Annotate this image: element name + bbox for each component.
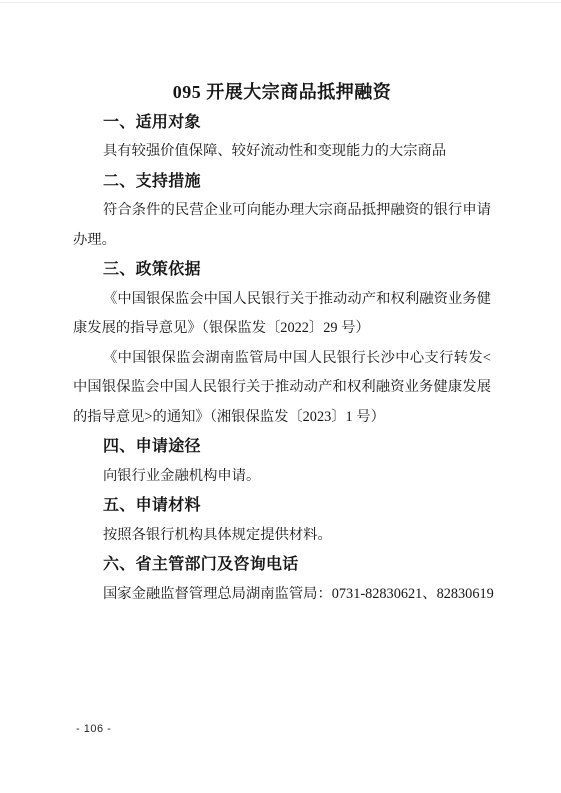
paragraph-line: 康发展的指导意见》（银保监发〔2022〕29 号） xyxy=(73,314,491,344)
section-heading-1: 一、适用对象 xyxy=(73,108,491,138)
paragraph-line: 向银行业金融机构申请。 xyxy=(73,462,491,492)
paragraph-line: 中国银保监会中国人民银行关于推动动产和权利融资业务健康发展 xyxy=(73,373,491,403)
paragraph-line: 的指导意见>的通知》（湘银保监发〔2023〕1 号） xyxy=(73,403,491,433)
paragraph-line: 按照各银行机构具体规定提供材料。 xyxy=(73,521,491,551)
page-top-edge xyxy=(0,2,561,3)
page-number: - 106 - xyxy=(76,722,111,736)
paragraph-line: 国家金融监督管理总局湖南监管局：0731-82830621、82830619 xyxy=(73,580,491,610)
paragraph-line: 具有较强价值保障、较好流动性和变现能力的大宗商品 xyxy=(73,137,491,167)
doc-title: 095 开展大宗商品抵押融资 xyxy=(73,78,491,108)
paragraph-line: 办理。 xyxy=(73,226,491,256)
document-page: 095 开展大宗商品抵押融资 一、适用对象 具有较强价值保障、较好流动性和变现能… xyxy=(0,0,561,793)
section-heading-3: 三、政策依据 xyxy=(73,255,491,285)
section-heading-6: 六、省主管部门及咨询电话 xyxy=(73,550,491,580)
section-heading-2: 二、支持措施 xyxy=(73,167,491,197)
page-content: 095 开展大宗商品抵押融资 一、适用对象 具有较强价值保障、较好流动性和变现能… xyxy=(73,78,491,609)
section-heading-4: 四、申请途径 xyxy=(73,432,491,462)
section-heading-5: 五、申请材料 xyxy=(73,491,491,521)
paragraph-line: 《中国银保监会中国人民银行关于推动动产和权利融资业务健 xyxy=(73,285,491,315)
paragraph-line: 《中国银保监会湖南监管局中国人民银行长沙中心支行转发< xyxy=(73,344,491,374)
paragraph-line: 符合条件的民营企业可向能办理大宗商品抵押融资的银行申请 xyxy=(73,196,491,226)
